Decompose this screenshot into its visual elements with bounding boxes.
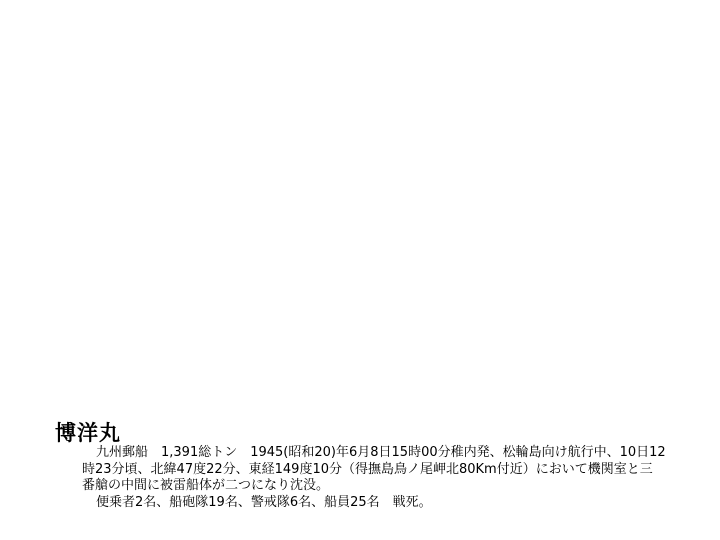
document-page: 博洋丸 九州郵船 1,391総トン 1945(昭和20)年6月8日15時00分稚… [0, 0, 720, 540]
ship-name-title: 博洋丸 [55, 420, 121, 446]
ship-description: 九州郵船 1,391総トン 1945(昭和20)年6月8日15時00分稚内発、松… [82, 445, 682, 511]
casualties-line: 便乗者2名、船砲隊19名、警戒隊6名、船員25名 戦死。 [82, 495, 682, 512]
description-line-2: 時23分頃、北緯47度22分、東経149度10分（得撫島鳥ノ尾岬北80Km付近）… [82, 462, 682, 479]
description-line-1: 九州郵船 1,391総トン 1945(昭和20)年6月8日15時00分稚内発、松… [82, 445, 682, 462]
description-line-3: 番艙の中間に被雷船体が二つになり沈没。 [82, 478, 682, 495]
